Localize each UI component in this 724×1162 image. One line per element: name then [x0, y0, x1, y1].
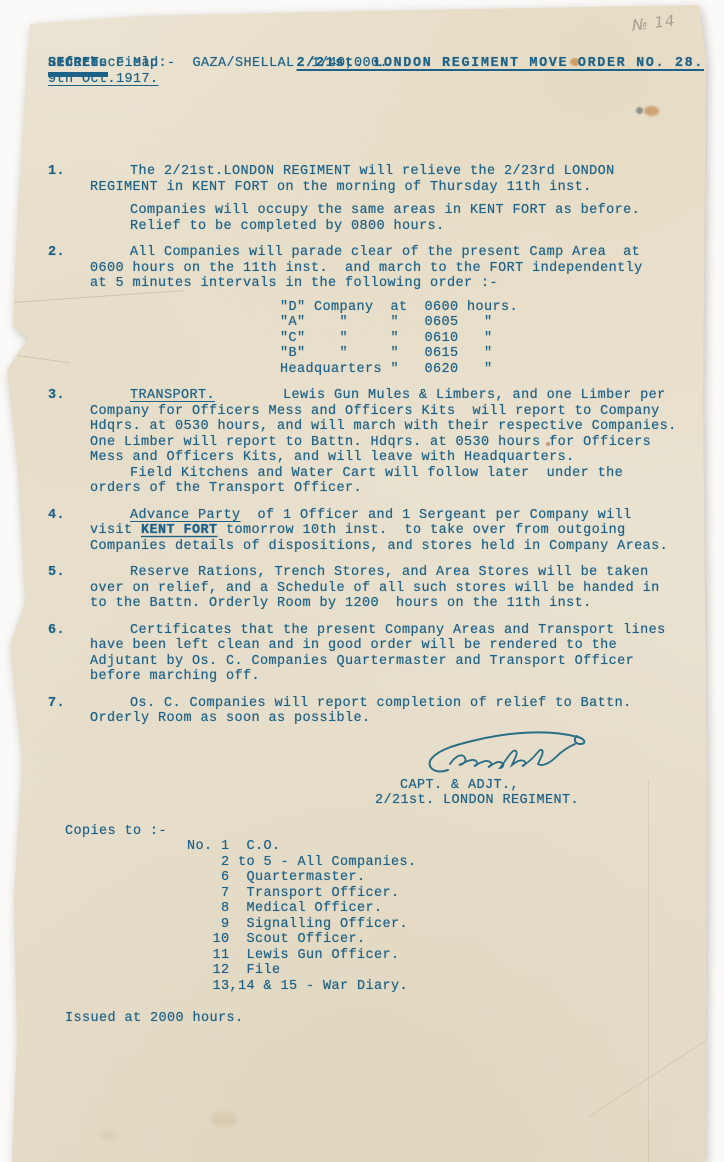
typed-text: Relief to be completed by 0800 hours. — [130, 219, 445, 234]
typed-line: TRANSPORT. Lewis Gun Mules & Limbers, an… — [90, 388, 704, 404]
signature-script — [410, 718, 610, 780]
signatory-unit-line: 2/21st. LONDON REGIMENT. — [375, 793, 579, 809]
typed-text: at 5 minutes intervals in the following … — [90, 276, 498, 291]
typed-text: 0600 hours on the 11th inst. and march t… — [90, 261, 643, 276]
typed-line: Reserve Rations, Trench Stores, and Area… — [90, 565, 704, 581]
typed-text: tomorrow 10th inst. to take over from ou… — [218, 523, 626, 538]
paragraph-number: 4. — [48, 508, 90, 555]
paragraph-number: 3. — [48, 388, 90, 497]
paper-crease — [588, 1024, 724, 1117]
reference-map-line: Reference Map:- GAZA/SHELLAL 1/40,000. — [48, 56, 388, 72]
paragraph-number: 1. — [48, 164, 90, 234]
typed-text: Headquarters " 0620 " — [280, 362, 493, 377]
typed-text: Hdqrs. at 0530 hours, and will march wit… — [90, 419, 677, 434]
typed-text: All Companies will parade clear of the p… — [130, 245, 640, 260]
typed-text: Companies details of dispositions, and s… — [90, 539, 668, 554]
order-header: SECRET. 2/21st. LONDON REGIMENT MOVE ORD… — [48, 56, 704, 164]
typed-text: have been left clean and in good order w… — [90, 638, 617, 653]
copies-line: 7 Transport Officer. — [187, 886, 704, 902]
typed-line: Mess and Officers Kits, and will leave w… — [90, 450, 704, 466]
typed-text: Field Kitchens and Water Cart will follo… — [130, 466, 623, 481]
order-paragraph-3: 3.TRANSPORT. Lewis Gun Mules & Limbers, … — [48, 388, 704, 497]
age-stain — [100, 1130, 118, 1140]
typed-line: before marching off. — [90, 669, 704, 685]
signatory-rank-line: CAPT. & ADJT., — [400, 778, 519, 794]
paper-shadow: № 14 SECRET. 2/21st. LONDON REGIMENT MOV… — [0, 0, 724, 1162]
emphasized-text: TRANSPORT. — [130, 388, 215, 403]
typed-line: at 5 minutes intervals in the following … — [90, 276, 704, 292]
typed-line: Field Kitchens and Water Cart will follo… — [90, 466, 704, 482]
copies-line: 11 Lewis Gun Officer. — [187, 948, 704, 964]
typed-line: visit KENT FORT tomorrow 10th inst. to t… — [90, 523, 704, 539]
typed-line: One Limber will report to Battn. Hdqrs. … — [90, 435, 704, 451]
typed-text: Mess and Officers Kits, and will leave w… — [90, 450, 575, 465]
copies-heading: Copies to :- — [65, 824, 704, 840]
typed-line: have been left clean and in good order w… — [90, 638, 704, 654]
typed-text: before marching off. — [90, 669, 260, 684]
emphasized-text: KENT FORT — [141, 523, 218, 538]
paragraph-number: 5. — [48, 565, 90, 612]
typed-line: "C" " " 0610 " — [90, 331, 704, 347]
typed-text: visit — [90, 523, 141, 538]
typed-line: Orderly Room as soon as possible. — [90, 711, 704, 727]
typed-text: REGIMENT in KENT FORT on the morning of … — [90, 180, 592, 195]
paragraph-number: 7. — [48, 696, 90, 727]
copies-line: 8 Medical Officer. — [187, 901, 704, 917]
document-page: № 14 SECRET. 2/21st. LONDON REGIMENT MOV… — [0, 0, 724, 1162]
paragraph-number: 2. — [48, 245, 90, 377]
typed-text: over on relief, and a Schedule of all su… — [90, 581, 660, 596]
document-paper: № 14 SECRET. 2/21st. LONDON REGIMENT MOV… — [0, 0, 724, 1162]
typed-text: Reserve Rations, Trench Stores, and Area… — [130, 565, 649, 580]
typed-line: Adjutant by Os. C. Companies Quartermast… — [90, 654, 704, 670]
typed-text: to the Battn. Orderly Room by 1200 hours… — [90, 596, 592, 611]
order-paragraph-5: 5.Reserve Rations, Trench Stores, and Ar… — [48, 565, 704, 612]
copies-line: 13,14 & 15 - War Diary. — [187, 979, 704, 995]
typed-text: orders of the Transport Officer. — [90, 481, 362, 496]
typed-content: SECRET. 2/21st. LONDON REGIMENT MOVE ORD… — [0, 0, 724, 1027]
emphasized-text: Advance Party — [130, 508, 241, 523]
typed-text: One Limber will report to Battn. Hdqrs. … — [90, 435, 651, 450]
typed-line: Relief to be completed by 0800 hours. — [90, 219, 704, 235]
typed-text: of 1 Officer and 1 Sergeant per Company … — [241, 508, 632, 523]
typed-text: Company for Officers Mess and Officers K… — [90, 404, 660, 419]
typed-line: to the Battn. Orderly Room by 1200 hours… — [90, 596, 704, 612]
typed-text: Os. C. Companies will report completion … — [130, 696, 632, 711]
copies-line: 2 to 5 - All Companies. — [187, 855, 704, 871]
typed-line: Company for Officers Mess and Officers K… — [90, 404, 704, 420]
typed-text: "A" " " 0605 " — [280, 315, 493, 330]
typed-text: "C" " " 0610 " — [280, 331, 493, 346]
typed-line: REGIMENT in KENT FORT on the morning of … — [90, 180, 704, 196]
issued-line: Issued at 2000 hours. — [65, 1011, 704, 1027]
order-paragraph-1: 1.The 2/21st.LONDON REGIMENT will reliev… — [48, 164, 704, 234]
typed-line: over on relief, and a Schedule of all su… — [90, 581, 704, 597]
typed-text: "B" " " 0615 " — [280, 346, 493, 361]
copies-line: 9 Signalling Officer. — [187, 917, 704, 933]
order-paragraph-6: 6.Certificates that the present Company … — [48, 623, 704, 685]
typed-text: Lewis Gun Mules & Limbers, and one Limbe… — [215, 388, 666, 403]
typed-line: "D" Company at 0600 hours. — [90, 300, 704, 316]
typed-line: orders of the Transport Officer. — [90, 481, 704, 497]
typed-line: "B" " " 0615 " — [90, 346, 704, 362]
typed-line: Advance Party of 1 Officer and 1 Sergean… — [90, 508, 704, 524]
paragraph-list: 1.The 2/21st.LONDON REGIMENT will reliev… — [48, 164, 704, 727]
order-paragraph-4: 4.Advance Party of 1 Officer and 1 Serge… — [48, 508, 704, 555]
copies-line: No. 1 C.O. — [187, 839, 704, 855]
copies-line: 10 Scout Officer. — [187, 932, 704, 948]
distribution-section: Copies to :- No. 1 C.O. 2 to 5 - All Com… — [48, 824, 704, 995]
typed-text: Certificates that the present Company Ar… — [130, 623, 666, 638]
typed-line: Headquarters " 0620 " — [90, 362, 704, 378]
paragraph-number: 6. — [48, 623, 90, 685]
typed-line: Hdqrs. at 0530 hours, and will march wit… — [90, 419, 704, 435]
typed-line: Certificates that the present Company Ar… — [90, 623, 704, 639]
typed-text: Companies will occupy the same areas in … — [130, 203, 640, 218]
typed-text: Orderly Room as soon as possible. — [90, 711, 371, 726]
typed-line: "A" " " 0605 " — [90, 315, 704, 331]
typed-text: Adjutant by Os. C. Companies Quartermast… — [90, 654, 634, 669]
signature-block: CAPT. & ADJT., 2/21st. LONDON REGIMENT. — [48, 738, 704, 810]
typed-line: The 2/21st.LONDON REGIMENT will relieve … — [90, 164, 704, 180]
age-stain — [210, 1112, 238, 1127]
typed-line: All Companies will parade clear of the p… — [90, 245, 704, 261]
typed-text: "D" Company at 0600 hours. — [280, 300, 518, 315]
copies-line: 12 File — [187, 963, 704, 979]
order-paragraph-2: 2.All Companies will parade clear of the… — [48, 245, 704, 377]
copies-list: No. 1 C.O. 2 to 5 - All Companies. 6 Qua… — [187, 839, 704, 994]
typed-line: 0600 hours on the 11th inst. and march t… — [90, 261, 704, 277]
typed-text: The 2/21st.LONDON REGIMENT will relieve … — [130, 164, 615, 179]
typed-line: Companies will occupy the same areas in … — [90, 203, 704, 219]
typed-line: Companies details of dispositions, and s… — [90, 539, 704, 555]
date-line: 9th Oct.1917. — [48, 72, 159, 88]
copies-line: 6 Quartermaster. — [187, 870, 704, 886]
typed-line: Os. C. Companies will report completion … — [90, 696, 704, 712]
